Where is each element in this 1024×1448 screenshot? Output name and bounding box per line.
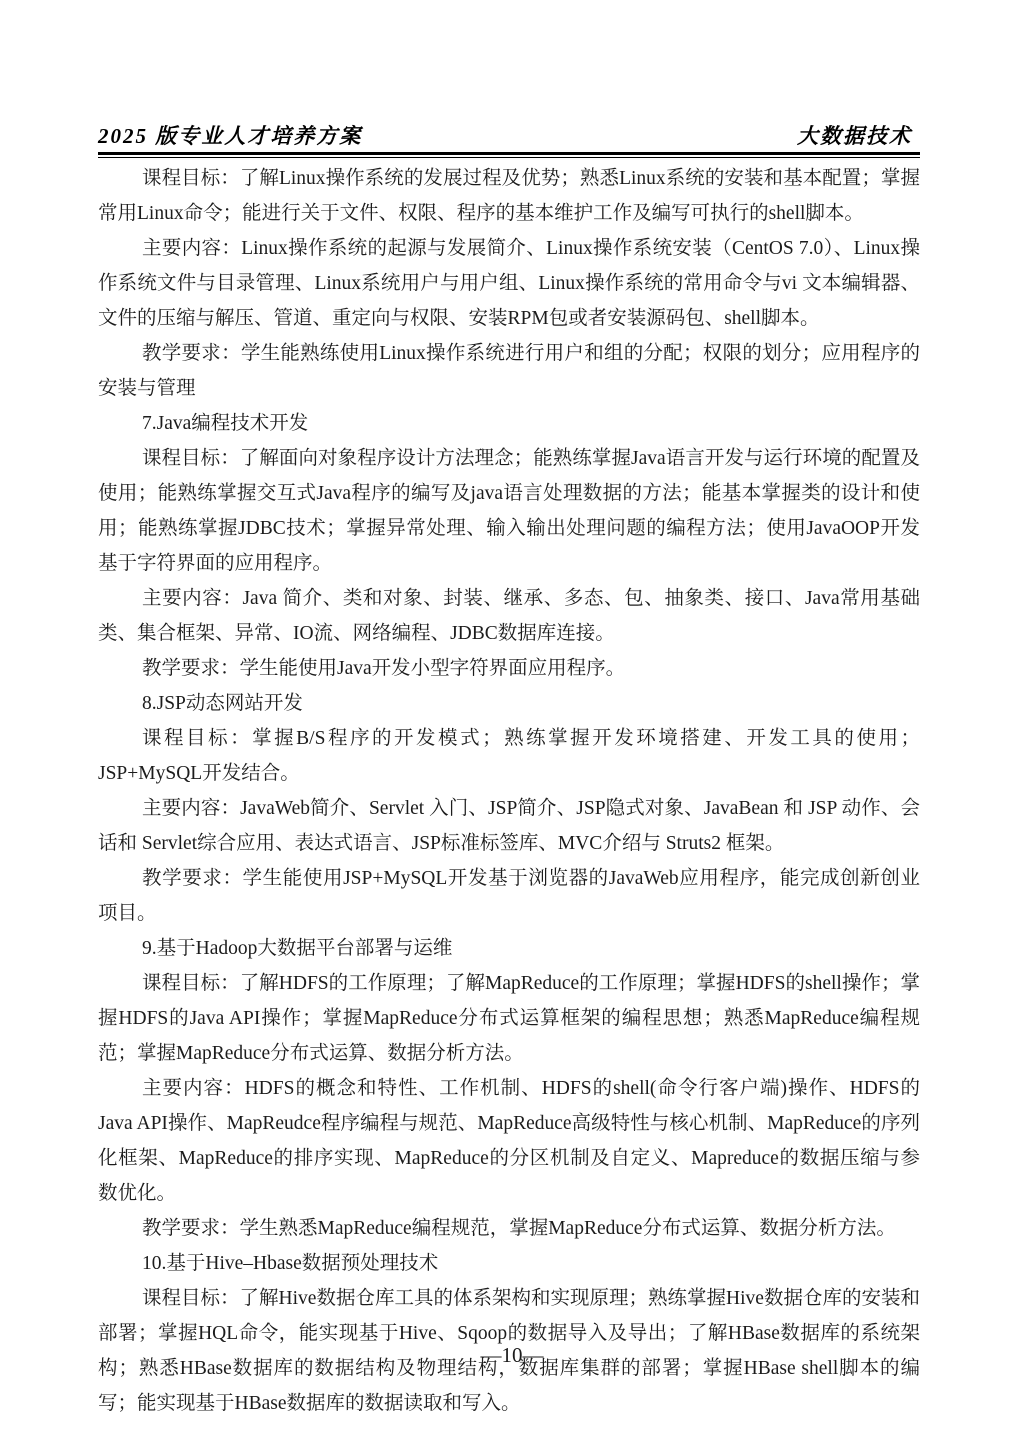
- section-heading-hadoop: 9.基于Hadoop大数据平台部署与运维: [98, 931, 920, 966]
- header-left-title: 2025 版专业人才培养方案: [98, 120, 362, 150]
- section-heading-hive-hbase: 10.基于Hive–Hbase数据预处理技术: [98, 1246, 920, 1281]
- document-body: 课程目标：了解Linux操作系统的发展过程及优势；熟悉Linux系统的安装和基本…: [98, 161, 920, 1421]
- paragraph-teaching-requirement: 教学要求：学生能熟练使用Linux操作系统进行用户和组的分配；权限的划分；应用程…: [98, 336, 920, 406]
- header-right-title: 大数据技术: [797, 120, 920, 150]
- paragraph-main-content: 主要内容：HDFS的概念和特性、工作机制、HDFS的shell(命令行客户端)操…: [98, 1071, 920, 1211]
- paragraph-teaching-requirement: 教学要求：学生能使用JSP+MySQL开发基于浏览器的JavaWeb应用程序，能…: [98, 861, 920, 931]
- page-number: —10—: [481, 1343, 544, 1367]
- section-heading-jsp: 8.JSP动态网站开发: [98, 686, 920, 721]
- paragraph-course-goal: 课程目标：掌握B/S程序的开发模式；熟练掌握开发环境搭建、开发工具的使用；JSP…: [98, 721, 920, 791]
- page-footer: —10—: [0, 1343, 1024, 1368]
- paragraph-main-content: 主要内容：Linux操作系统的起源与发展简介、Linux操作系统安装（CentO…: [98, 231, 920, 336]
- document-page: 2025 版专业人才培养方案 大数据技术 课程目标：了解Linux操作系统的发展…: [0, 0, 1024, 1448]
- section-heading-java: 7.Java编程技术开发: [98, 406, 920, 441]
- paragraph-teaching-requirement: 教学要求：学生能使用Java开发小型字符界面应用程序。: [98, 651, 920, 686]
- running-header: 2025 版专业人才培养方案 大数据技术: [98, 120, 920, 150]
- paragraph-main-content: 主要内容：Java 简介、类和对象、封装、继承、多态、包、抽象类、接口、Java…: [98, 581, 920, 651]
- header-rule: [98, 152, 920, 158]
- paragraph-course-goal: 课程目标：了解面向对象程序设计方法理念；能熟练掌握Java语言开发与运行环境的配…: [98, 441, 920, 581]
- paragraph-course-goal: 课程目标：了解HDFS的工作原理；了解MapReduce的工作原理；掌握HDFS…: [98, 966, 920, 1071]
- paragraph-teaching-requirement: 教学要求：学生熟悉MapReduce编程规范，掌握MapReduce分布式运算、…: [98, 1211, 920, 1246]
- paragraph-main-content: 主要内容：JavaWeb简介、Servlet 入门、JSP简介、JSP隐式对象、…: [98, 791, 920, 861]
- paragraph-course-goal: 课程目标：了解Linux操作系统的发展过程及优势；熟悉Linux系统的安装和基本…: [98, 161, 920, 231]
